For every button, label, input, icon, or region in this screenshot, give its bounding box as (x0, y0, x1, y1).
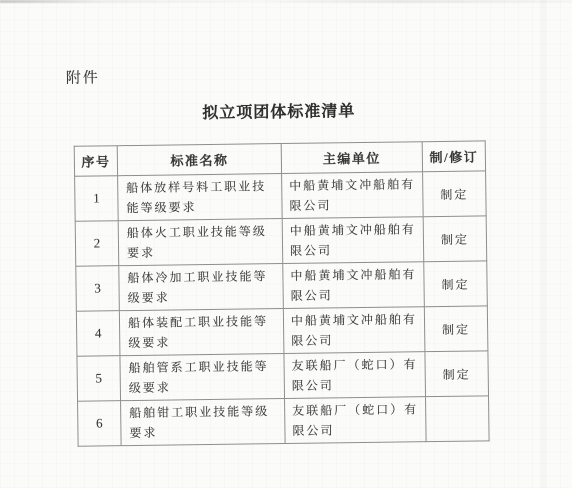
standard-name-cell: 船体放样号料工职业技能等级要求 (118, 174, 283, 221)
standard-name-cell: 船体冷加工职业技能等级要求 (119, 264, 284, 311)
header-serial-number: 序号 (74, 146, 117, 177)
standard-name-cell: 船体火工职业技能等级要求 (118, 219, 283, 266)
revision-type-cell: 制定 (423, 171, 487, 217)
page-title: 拟立项团体标准清单 (73, 96, 484, 124)
serial-number-cell: 4 (76, 311, 120, 357)
chief-editor-unit-cell: 中船黄埔文冲船舶有限公司 (282, 217, 424, 264)
table-row: 5 船舶管系工职业技能等级要求 友联船厂（蛇口）有限公司 制定 (77, 351, 489, 401)
serial-number-cell: 5 (77, 356, 121, 402)
chief-editor-unit-cell: 友联船厂（蛇口）有限公司 (284, 352, 426, 399)
header-formulate-revise: 制/修订 (422, 141, 485, 172)
revision-type-cell: 制定 (423, 216, 487, 262)
serial-number-cell: 2 (75, 221, 119, 267)
revision-type-cell (426, 396, 490, 442)
standard-name-cell: 船体装配工职业技能等级要求 (119, 309, 284, 356)
table-row: 6 船舶钳工职业技能等级要求 友联船厂（蛇口）有限公司 (78, 396, 490, 446)
standard-name-cell: 船舶钳工职业技能等级要求 (121, 399, 286, 446)
table-row: 1 船体放样号料工职业技能等级要求 中船黄埔文冲船舶有限公司 制定 (75, 171, 487, 221)
standard-name-cell: 船舶管系工职业技能等级要求 (120, 354, 285, 401)
serial-number-cell: 1 (75, 176, 119, 222)
serial-number-cell: 6 (78, 401, 122, 447)
chief-editor-unit-cell: 友联船厂（蛇口）有限公司 (285, 397, 427, 444)
revision-type-cell: 制定 (424, 306, 488, 352)
chief-editor-unit-cell: 中船黄埔文冲船舶有限公司 (283, 262, 425, 309)
serial-number-cell: 3 (76, 266, 120, 312)
revision-type-cell: 制定 (424, 261, 488, 307)
scanned-document-page: 附件 拟立项团体标准清单 序号 标准名称 主编单位 制/修订 1 船体放样号料工… (0, 0, 572, 488)
table-row: 3 船体冷加工职业技能等级要求 中船黄埔文冲船舶有限公司 制定 (76, 261, 488, 311)
header-standard-name: 标准名称 (117, 144, 281, 176)
attachment-label: 附件 (66, 66, 100, 87)
chief-editor-unit-cell: 中船黄埔文冲船舶有限公司 (283, 307, 425, 354)
header-chief-editor-unit: 主编单位 (281, 142, 422, 174)
standards-table: 序号 标准名称 主编单位 制/修订 1 船体放样号料工职业技能等级要求 中船黄埔… (74, 140, 490, 446)
revision-type-cell: 制定 (425, 351, 489, 397)
table-row: 4 船体装配工职业技能等级要求 中船黄埔文冲船舶有限公司 制定 (76, 306, 488, 356)
chief-editor-unit-cell: 中船黄埔文冲船舶有限公司 (282, 172, 424, 219)
table-row: 2 船体火工职业技能等级要求 中船黄埔文冲船舶有限公司 制定 (75, 216, 487, 266)
